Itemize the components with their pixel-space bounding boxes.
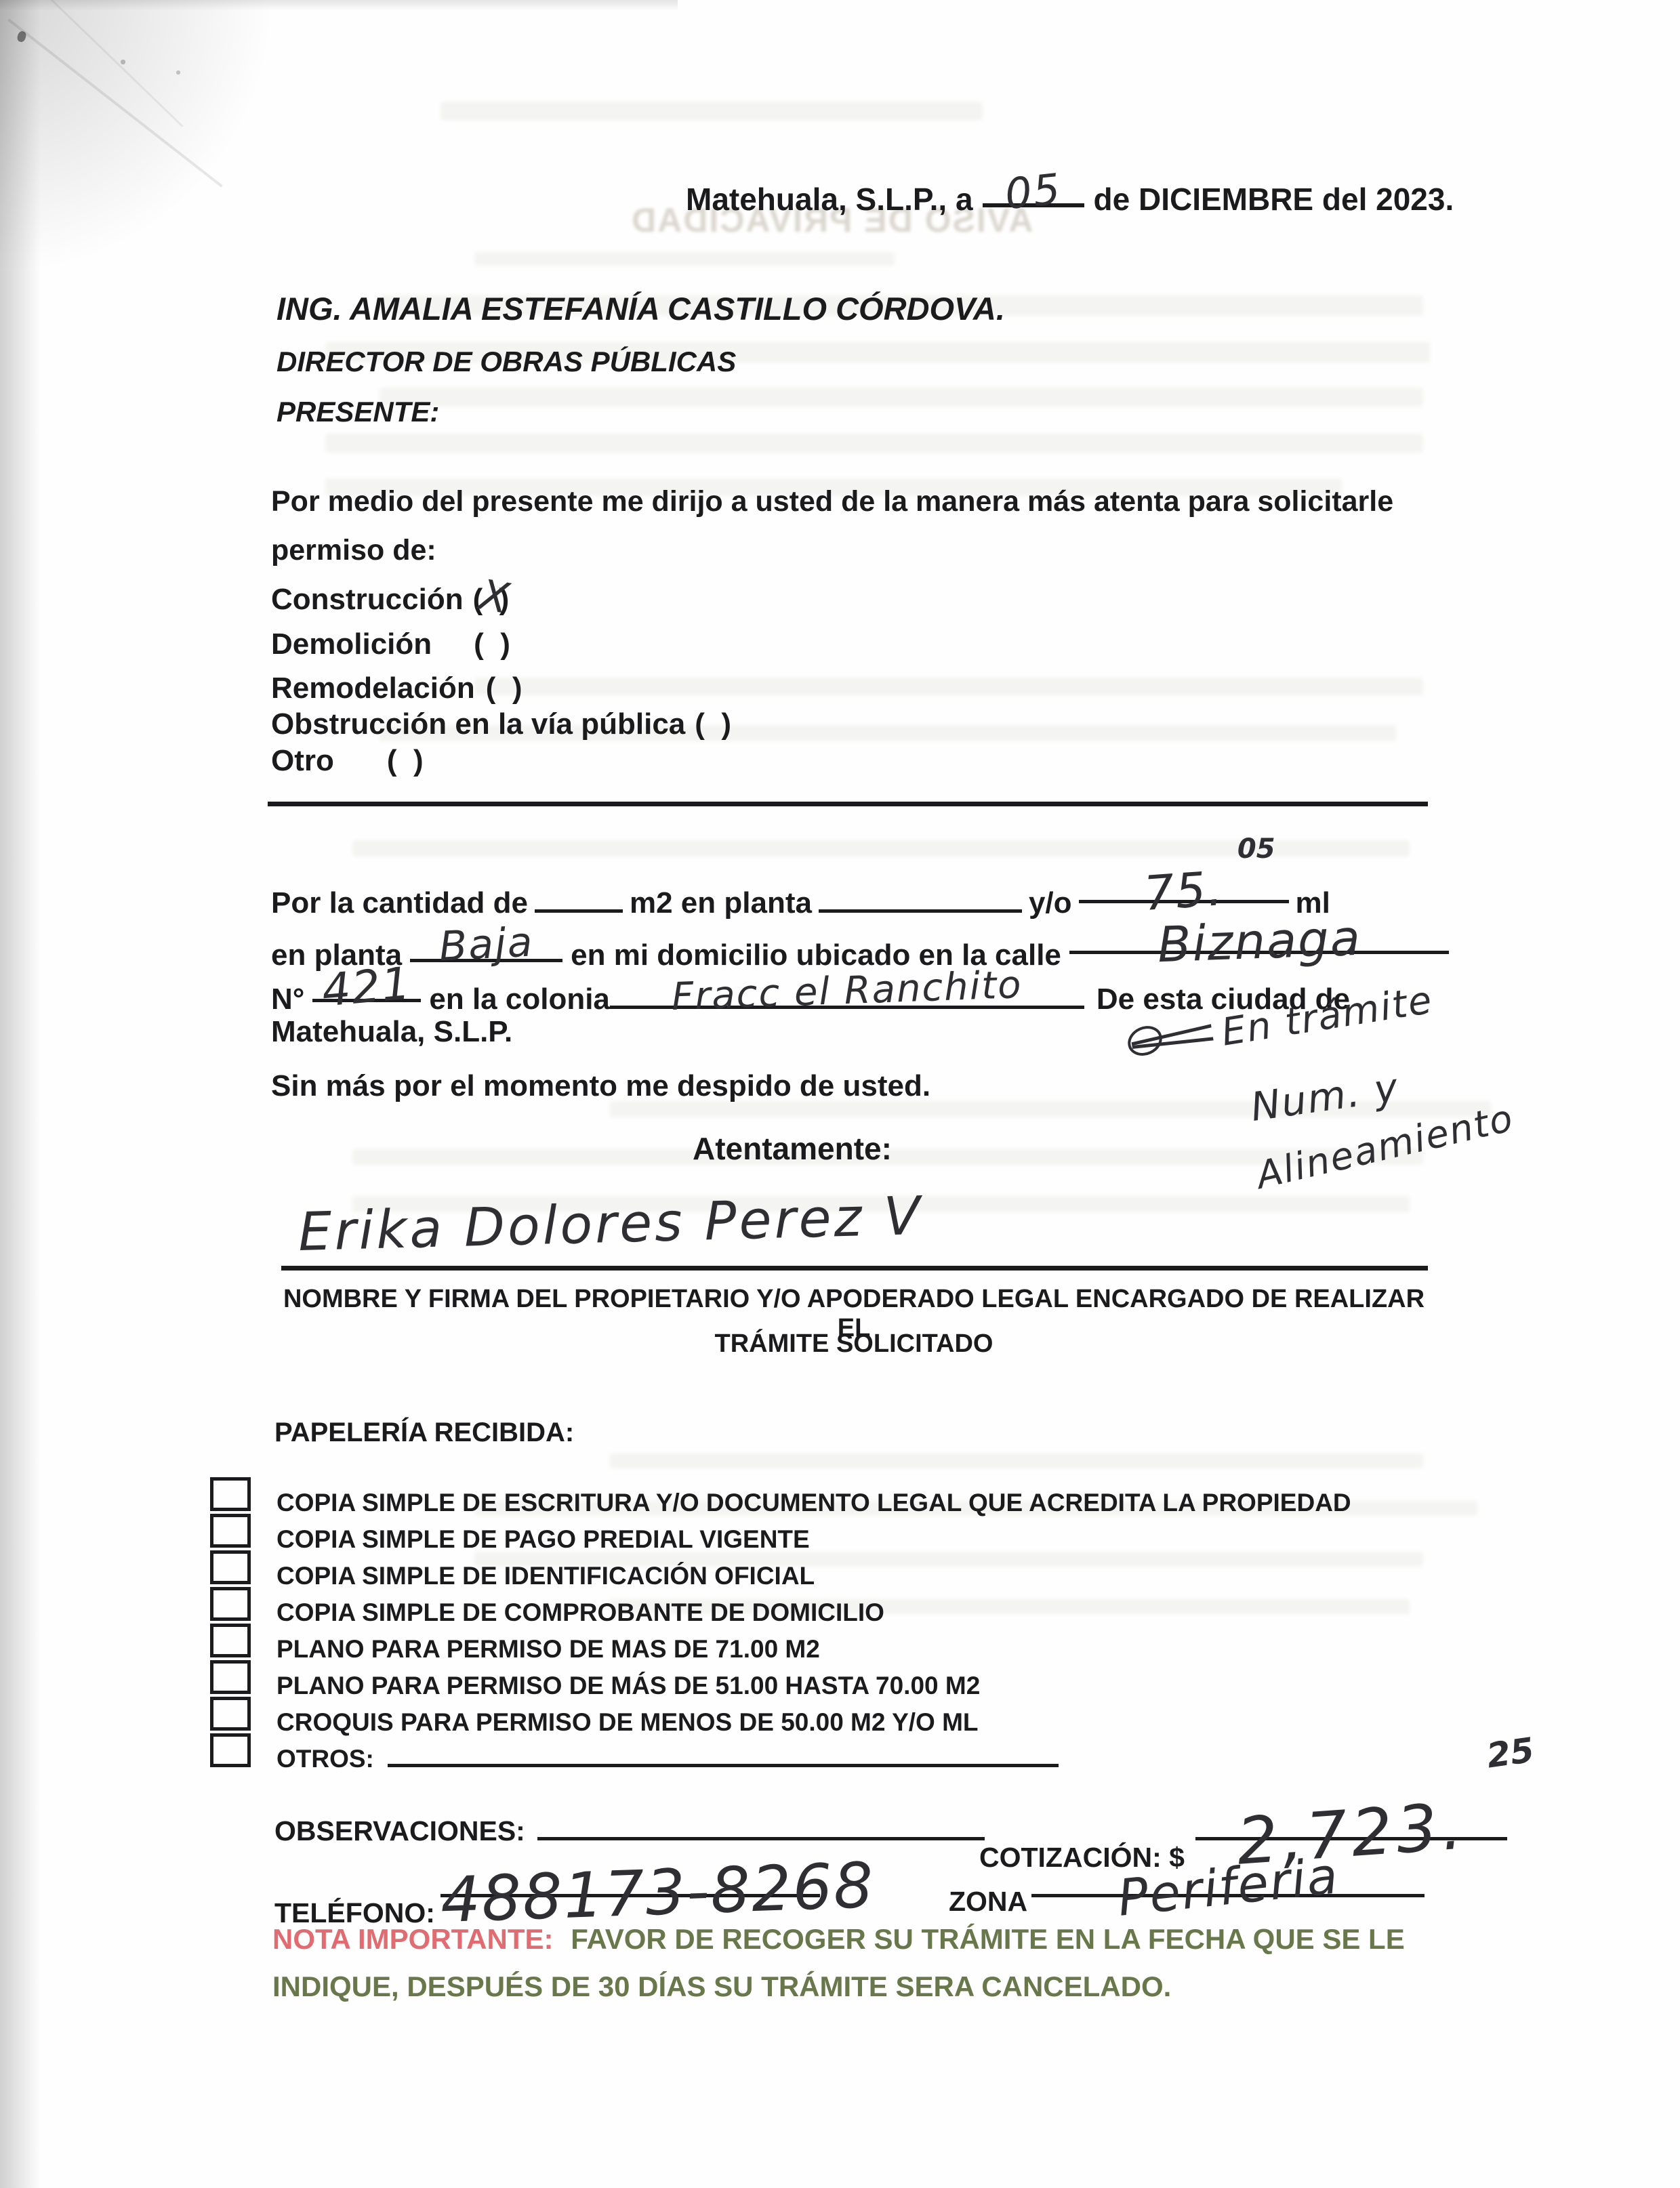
scribble-mark: [1130, 1020, 1214, 1060]
address-line-2: N° 421 en la colonia Fracc el Ranchito D…: [271, 968, 1350, 1016]
checklist-row: COPIA SIMPLE DE ESCRITURA Y/O DOCUMENTO …: [210, 1477, 1351, 1517]
intro-line-1: Por medio del presente me dirijo a usted…: [271, 485, 1393, 518]
quantity-text-3: y/o: [1029, 886, 1072, 920]
observaciones-row: OBSERVACIONES:: [274, 1808, 985, 1847]
permit-option-label: Remodelación: [271, 672, 475, 705]
checklist-item-label: COPIA SIMPLE DE COMPROBANTE DE DOMICILIO: [276, 1598, 884, 1627]
checklist-item-label: COPIA SIMPLE DE ESCRITURA Y/O DOCUMENTO …: [276, 1489, 1351, 1517]
ml-underline: 75. 05: [1079, 869, 1289, 903]
scan-corner-fold-shadow: [0, 0, 312, 312]
calle-handwritten: Biznaga: [1156, 909, 1362, 973]
permit-option-parens: ( ): [387, 744, 424, 778]
ml-sup-handwritten: 05: [1237, 833, 1275, 865]
date-line: Matehuala, S.L.P., a 05 de DICIEMBRE del…: [686, 171, 1454, 218]
paperwork-title: PAPELERÍA RECIBIDA:: [274, 1418, 574, 1448]
bleed-through-strip: [325, 434, 1423, 453]
observaciones-underline: [537, 1808, 985, 1840]
date-day-underline: 05: [983, 171, 1084, 207]
planta-m2-underline: [819, 878, 1022, 913]
colonia-handwritten: Fracc el Ranchito: [671, 963, 1023, 1019]
checklist-row: CROQUIS PARA PERMISO DE MENOS DE 50.00 M…: [210, 1697, 979, 1737]
scanned-permit-form: { "date": { "prefix": "Matehuala, S.L.P.…: [0, 0, 1680, 2188]
checklist-row: COPIA SIMPLE DE IDENTIFICACIÓN OFICIAL: [210, 1550, 815, 1590]
zona-row: ZONA Periferia: [949, 1865, 1425, 1918]
checklist-item-label: COPIA SIMPLE DE IDENTIFICACIÓN OFICIAL: [276, 1562, 815, 1590]
checkbox-identificacion: [210, 1550, 251, 1584]
checklist-item-label: CROQUIS PARA PERMISO DE MENOS DE 50.00 M…: [276, 1708, 979, 1737]
addressee-salutation: PRESENTE:: [276, 396, 439, 428]
telefono-underline: 488173-8268: [441, 1865, 820, 1897]
bleed-through-strip: [610, 1453, 1423, 1468]
date-suffix: de DICIEMBRE del 2023.: [1094, 181, 1454, 218]
checklist-item-label: COPIA SIMPLE DE PAGO PREDIAL VIGENTE: [276, 1525, 810, 1554]
signature-caption-2: TRÁMITE SOLICITADO: [278, 1329, 1430, 1359]
intro-line-2: permiso de:: [271, 534, 436, 567]
checklist-row: PLANO PARA PERMISO DE MAS DE 71.00 M2: [210, 1624, 820, 1664]
quantity-text-2: m2 en planta: [630, 886, 812, 920]
annotation-line-2: Num. y: [1248, 1064, 1401, 1130]
bleed-through-strip: [474, 252, 895, 266]
permit-option-obstruccion: Obstrucción en la vía pública ( ): [271, 707, 731, 741]
permit-option-otro: Otro ( ): [271, 744, 424, 778]
colonia-underline: Fracc el Ranchito: [610, 974, 1084, 1009]
city-line: Matehuala, S.L.P.: [271, 1015, 512, 1049]
date-day-handwritten: 05: [1002, 164, 1063, 219]
permit-option-parens: ( ): [474, 627, 510, 661]
telefono-row: TELÉFONO: 488173-8268: [274, 1865, 820, 1929]
zona-label: ZONA: [949, 1886, 1027, 1918]
annotation-text-2: Num. y: [1248, 1064, 1401, 1130]
numero-handwritten: 421: [320, 957, 413, 1016]
permit-option-remodelacion: Remodelación ( ): [271, 672, 523, 705]
addressee-role: DIRECTOR DE OBRAS PÚBLICAS: [276, 346, 736, 378]
permit-option-label: Obstrucción en la vía pública: [271, 707, 685, 741]
nota-line-2: INDIQUE, DESPUÉS DE 30 DÍAS SU TRÁMITE S…: [272, 1970, 1171, 2003]
observaciones-label: OBSERVACIONES:: [274, 1815, 525, 1847]
permit-option-parens: ( ): [695, 707, 731, 741]
planta-underline: Baja: [410, 928, 562, 962]
bleed-through-strip: [380, 388, 1423, 407]
checkbox-plano-71: [210, 1624, 251, 1657]
checkbox-croquis: [210, 1697, 251, 1731]
checklist-row: COPIA SIMPLE DE PAGO PREDIAL VIGENTE: [210, 1514, 810, 1554]
bleed-through-strip: [474, 678, 1423, 695]
quantity-line: Por la cantidad de m2 en planta y/o 75. …: [271, 869, 1330, 920]
address-line-1: en planta Baja en mi domicilio ubicado e…: [271, 920, 1457, 972]
cotizacion-sup-handwritten: 25: [1485, 1730, 1537, 1775]
scan-speck: [176, 70, 180, 75]
checklist-row: COPIA SIMPLE DE COMPROBANTE DE DOMICILIO: [210, 1587, 884, 1627]
cotizacion-underline: 2,723. 25: [1195, 1808, 1507, 1840]
nota-line-1: NOTA IMPORTANTE: FAVOR DE RECOGER SU TRÁ…: [272, 1923, 1405, 1956]
signature-rule: [281, 1266, 1428, 1271]
addressee-name: ING. AMALIA ESTEFANÍA CASTILLO CÓRDOVA.: [276, 290, 1005, 327]
scan-left-shadow: [0, 0, 41, 2188]
bleed-through-strip: [441, 102, 983, 121]
closing-line: Sin más por el momento me despido de ust…: [271, 1069, 930, 1103]
permit-option-parens: ( ): [486, 672, 523, 705]
zona-underline: Periferia: [1031, 1865, 1425, 1897]
atentamente-label: Atentamente:: [693, 1130, 892, 1167]
ml-value-handwritten: 75.: [1142, 861, 1225, 922]
checklist-item-label: OTROS:: [276, 1745, 374, 1773]
checkbox-otros: [210, 1733, 251, 1767]
planta-handwritten: Baja: [438, 918, 535, 970]
permit-option-label: Construcción: [271, 583, 464, 617]
colonia-label: en la colonia: [429, 983, 610, 1016]
checklist-row: PLANO PARA PERMISO DE MÁS DE 51.00 HASTA…: [210, 1660, 980, 1700]
checklist-row-otros: OTROS:: [210, 1733, 1059, 1773]
checkbox-domicilio: [210, 1587, 251, 1621]
date-prefix: Matehuala, S.L.P., a: [686, 181, 973, 218]
numero-label: N°: [271, 983, 304, 1016]
checkbox-predial: [210, 1514, 251, 1548]
otro-blank-rule: [268, 802, 1428, 806]
checklist-item-label: PLANO PARA PERMISO DE MAS DE 71.00 M2: [276, 1635, 820, 1664]
permit-option-label: Otro: [271, 744, 334, 778]
m2-underline: [535, 878, 623, 913]
checklist-item-label: PLANO PARA PERMISO DE MÁS DE 51.00 HASTA…: [276, 1672, 980, 1700]
permit-option-label: Demolición: [271, 627, 432, 661]
calle-underline: Biznaga: [1069, 920, 1449, 954]
nota-label: NOTA IMPORTANTE:: [272, 1923, 554, 1955]
permit-option-demolicion: Demolición ( ): [271, 627, 510, 661]
checkbox-escritura: [210, 1477, 251, 1511]
nota-text-1: FAVOR DE RECOGER SU TRÁMITE EN LA FECHA …: [571, 1923, 1405, 1955]
quantity-text-1: Por la cantidad de: [271, 886, 528, 920]
scan-speck: [121, 60, 125, 64]
numero-underline: 421: [312, 968, 421, 1002]
otros-underline: [388, 1752, 1059, 1767]
checkbox-plano-51-70: [210, 1660, 251, 1694]
